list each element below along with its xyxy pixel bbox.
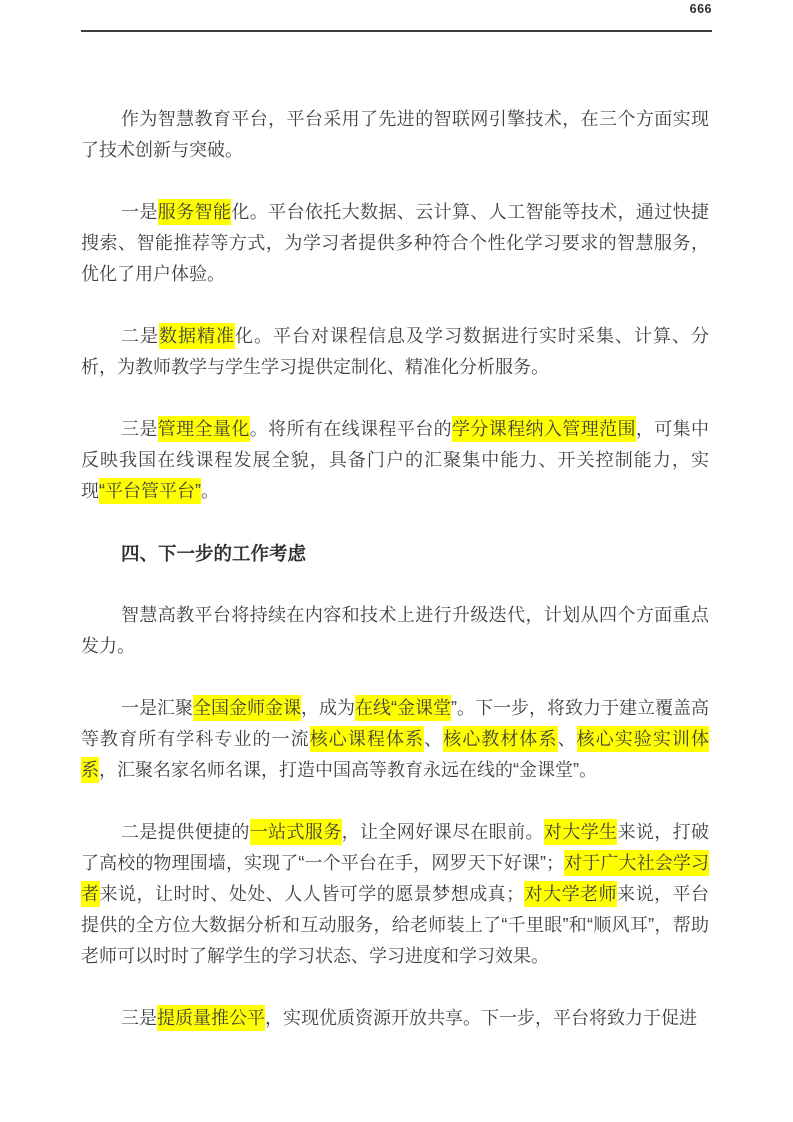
highlighted-text: 数据精准: [159, 323, 235, 349]
text-run: ，让全网好课尽在眼前。: [342, 822, 544, 842]
text-run: 三是: [121, 1008, 157, 1028]
document-page: 666 作为智慧教育平台，平台采用了先进的智联网引擎技术，在三个方面实现了技术创…: [0, 0, 793, 1122]
text-run: 、: [558, 729, 577, 749]
highlighted-text: 在线“金课堂: [355, 695, 451, 721]
text-run: 智慧高教平台将持续在内容和技术上进行升级迭代，计划从四个方面重点发力。: [81, 605, 709, 656]
text-run: 四、下一步的工作考虑: [121, 543, 306, 564]
document-body: 作为智慧教育平台，平台采用了先进的智联网引擎技术，在三个方面实现了技术创新与突破…: [81, 104, 709, 1065]
highlighted-text: 学分课程纳入管理范围: [452, 416, 636, 442]
text-run: 来说，让时时、处处、人人皆可学的愿景梦想成真；: [100, 884, 525, 904]
highlighted-text: 核心课程体系: [310, 726, 424, 752]
paragraph-8: 二是提供便捷的一站式服务，让全网好课尽在眼前。对大学生来说，打破了高校的物理围墙…: [81, 817, 709, 972]
paragraph-3: 二是数据精准化。平台对课程信息及学习数据进行实时采集、计算、分析，为教师教学与学…: [81, 321, 709, 383]
highlighted-text: 服务智能: [158, 199, 232, 225]
paragraph-2: 一是服务智能化。平台依托大数据、云计算、人工智能等技术，通过快捷搜索、智能推荐等…: [81, 197, 709, 290]
highlighted-text: 核心教材体系: [443, 726, 557, 752]
highlighted-text: 提质量推公平: [157, 1005, 265, 1031]
paragraph-6: 智慧高教平台将持续在内容和技术上进行升级迭代，计划从四个方面重点发力。: [81, 600, 709, 662]
highlighted-text: 全国金师金课: [193, 695, 301, 721]
paragraph-4: 三是管理全量化。将所有在线课程平台的学分课程纳入管理范围，可集中反映我国在线课程…: [81, 414, 709, 507]
text-run: 二是: [121, 326, 159, 346]
text-run: ，实现优质资源开放共享。下一步，平台将致力于促进: [265, 1008, 697, 1028]
paragraph-1: 作为智慧教育平台，平台采用了先进的智联网引擎技术，在三个方面实现了技术创新与突破…: [81, 104, 709, 166]
header-rule: [81, 30, 712, 32]
text-run: 一是: [121, 202, 158, 222]
highlighted-text: 管理全量化: [158, 416, 250, 442]
highlighted-text: 对大学老师: [524, 881, 617, 907]
text-run: 。将所有在线课程平台的: [250, 419, 452, 439]
highlighted-text: 一站式服务: [250, 819, 342, 845]
paragraph-7: 一是汇聚全国金师金课，成为在线“金课堂”。下一步，将致力于建立覆盖高等教育所有学…: [81, 693, 709, 786]
text-run: 一是汇聚: [121, 698, 193, 718]
highlighted-text: 对大学生: [544, 819, 618, 845]
text-run: 三是: [121, 419, 158, 439]
highlighted-text: “平台管平台”: [99, 478, 201, 504]
section-heading: 四、下一步的工作考虑: [81, 538, 709, 569]
text-run: 二是提供便捷的: [121, 822, 250, 842]
text-run: 。: [201, 481, 219, 501]
page-number: 666: [690, 2, 712, 16]
paragraph-9: 三是提质量推公平，实现优质资源开放共享。下一步，平台将致力于促进: [81, 1003, 709, 1034]
text-run: ，汇聚名家名师名课，打造中国高等教育永远在线的“金课堂”。: [99, 760, 597, 780]
text-run: 作为智慧教育平台，平台采用了先进的智联网引擎技术，在三个方面实现了技术创新与突破…: [81, 109, 709, 160]
text-run: ，成为: [301, 698, 355, 718]
text-run: 、: [424, 729, 443, 749]
